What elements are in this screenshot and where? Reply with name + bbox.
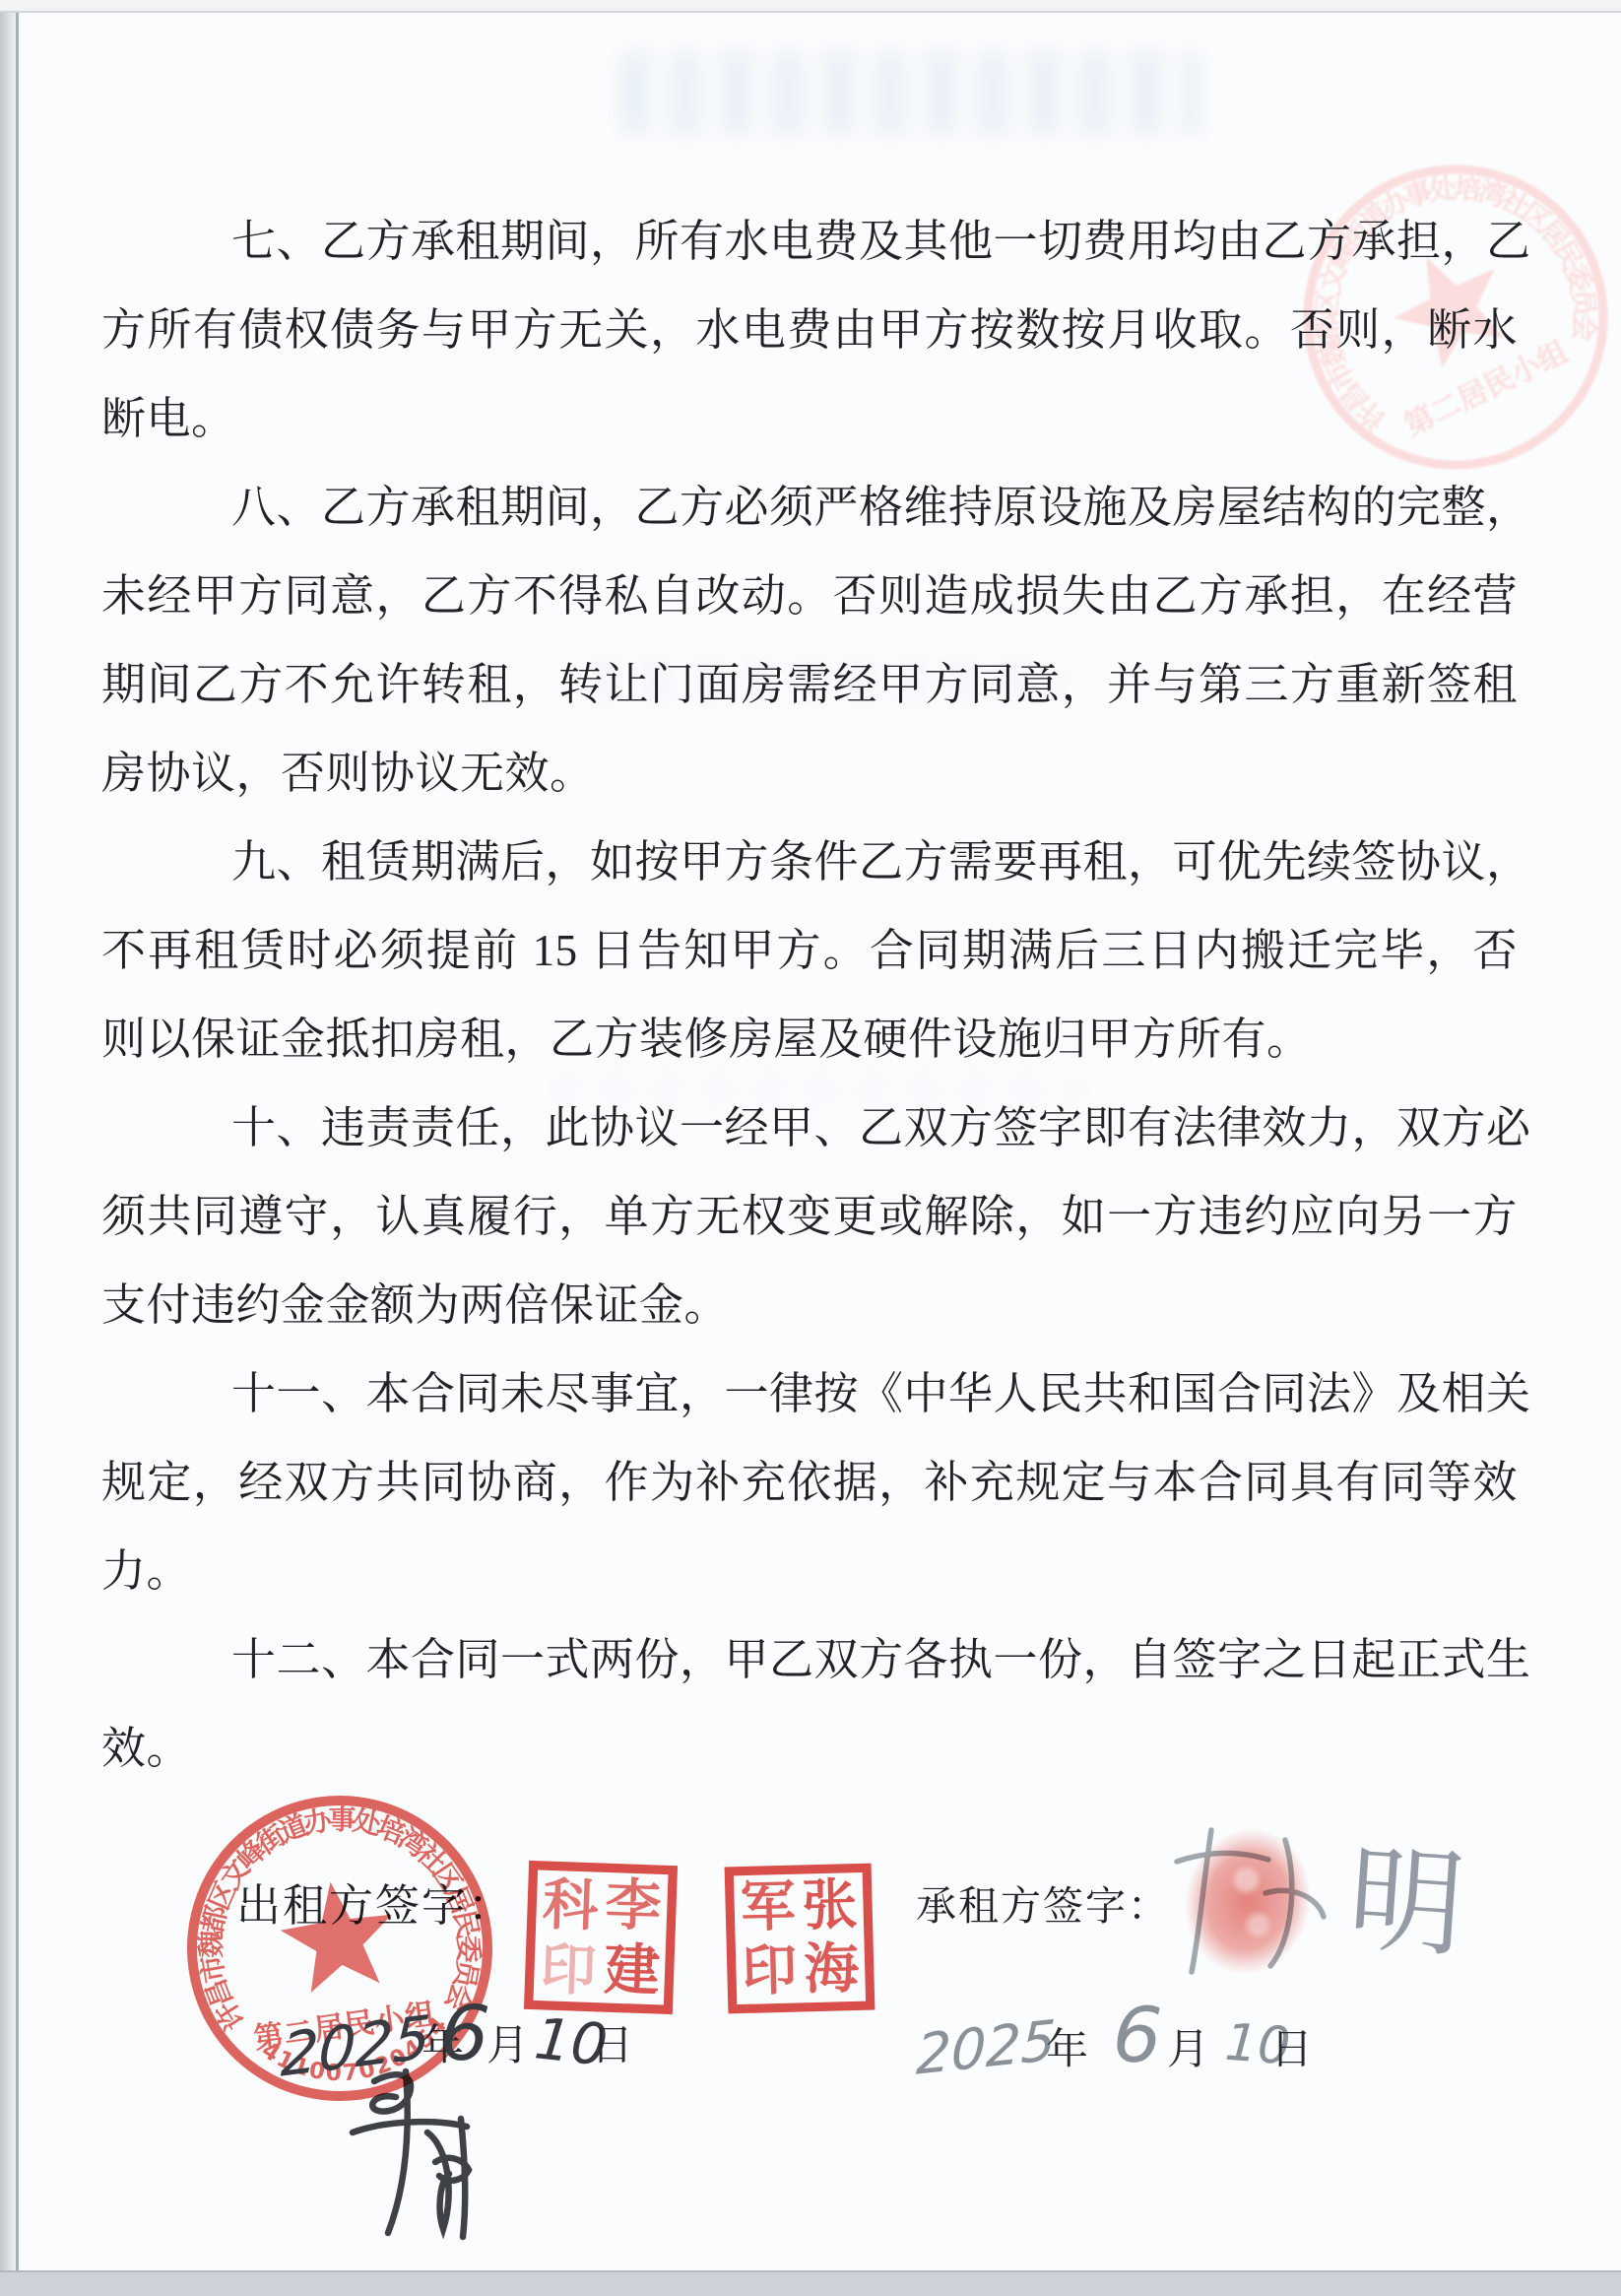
lessee-date-day-unit: 日 (1270, 2029, 1313, 2071)
lessor-date-day-unit: 日 (591, 2025, 633, 2067)
scan-edge-left (0, 0, 16, 2296)
seal-char: 印 (742, 1940, 798, 2002)
lessee-date-year-unit: 年 (1046, 2029, 1088, 2071)
clause-9-line-2: 不再租赁时必须提前 15 日告知甲方。合同期满后三日内搬迁完毕，否 (101, 906, 1518, 995)
clause-7-line-3: 断电。 (101, 374, 1518, 463)
clause-8-line-1: 八、乙方承租期间，乙方必须严格维持原设施及房屋结构的完整， (101, 463, 1518, 552)
lessee-name-visible-char: 明 (1344, 1835, 1469, 1972)
scanned-contract-page: { "page": { "type": "scanned rental cont… (0, 0, 1621, 2296)
lessor-signature-scrawl (340, 2064, 487, 2241)
lessor-date-month-value: 6 (437, 1994, 491, 2073)
clause-8-line-4: 房协议，否则协议无效。 (101, 729, 1518, 818)
clause-12-line-2: 效。 (101, 1704, 1518, 1793)
clause-10-line-2: 须共同遵守，认真履行，单方无权变更或解除，如一方违约应向另一方 (101, 1172, 1518, 1261)
seal-char: 军 (740, 1876, 797, 1938)
seal-char: 建 (603, 1939, 661, 2003)
clause-12-line-1: 十二、本合同一式两份，甲乙双方各执一份，自签字之日起正式生 (101, 1615, 1518, 1704)
clause-9-line-3: 则以保证金抵扣房租，乙方装修房屋及硬件设施归甲方所有。 (101, 995, 1518, 1083)
lessee-date-year-value: 2025 (915, 2013, 1057, 2083)
clause-8-line-2: 未经甲方同意，乙方不得私自改动。否则造成损失由乙方承担，在经营 (101, 552, 1518, 640)
clause-11-line-2: 规定，经双方共同协商，作为补充依据，补充规定与本合同具有同等效 (101, 1438, 1518, 1527)
seal-char: 科 (542, 1874, 600, 1938)
scan-edge-left-line (16, 0, 19, 2296)
clause-11-line-1: 十一、本合同未尽事宜，一律按《中华人民共和国合同法》及相关 (101, 1349, 1518, 1438)
seal-char: 李 (605, 1874, 663, 1938)
clause-8-line-3: 期间乙方不允许转租，转让门面房需经甲方同意，并与第三方重新签租 (101, 640, 1518, 729)
clause-10-line-3: 支付违约金金额为两倍保证金。 (101, 1261, 1518, 1349)
lessee-date-month-unit: 月 (1167, 2029, 1209, 2071)
lessor-date-month-unit: 月 (486, 2025, 529, 2067)
seal-star-icon (275, 1874, 401, 1996)
contract-text: 七、乙方承租期间，所有水电费及其他一切费用均由乙方承担，乙 方所有债权债务与甲方… (101, 197, 1518, 1793)
clause-7-line-1: 七、乙方承租期间，所有水电费及其他一切费用均由乙方承担，乙 (101, 197, 1518, 286)
name-seal-li-jianke: 李 建 科 印 (523, 1860, 678, 2014)
clause-7-line-2: 方所有债权债务与甲方无关，水电费由甲方按数按月收取。否则，断水 (101, 286, 1518, 374)
seal-char: 张 (802, 1874, 858, 1936)
clause-10-line-1: 十、违责责任，此协议一经甲、乙双方签字即有法律效力，双方必 (101, 1083, 1518, 1172)
scan-edge-bottom (0, 2270, 1621, 2296)
clause-9-line-1: 九、租赁期满后，如按甲方条件乙方需要再租，可优先续签协议， (101, 818, 1518, 906)
scan-edge-top (0, 0, 1621, 13)
clause-11-line-3: 力。 (101, 1527, 1518, 1615)
name-seal-zhang-haijun: 张 海 军 印 (724, 1863, 875, 2014)
ink-bleed-ghost-top (620, 51, 1201, 135)
seal-char: 印 (540, 1939, 598, 2002)
lessee-date-month-value: 6 (1111, 1997, 1164, 2075)
seal-char: 海 (804, 1938, 861, 2001)
